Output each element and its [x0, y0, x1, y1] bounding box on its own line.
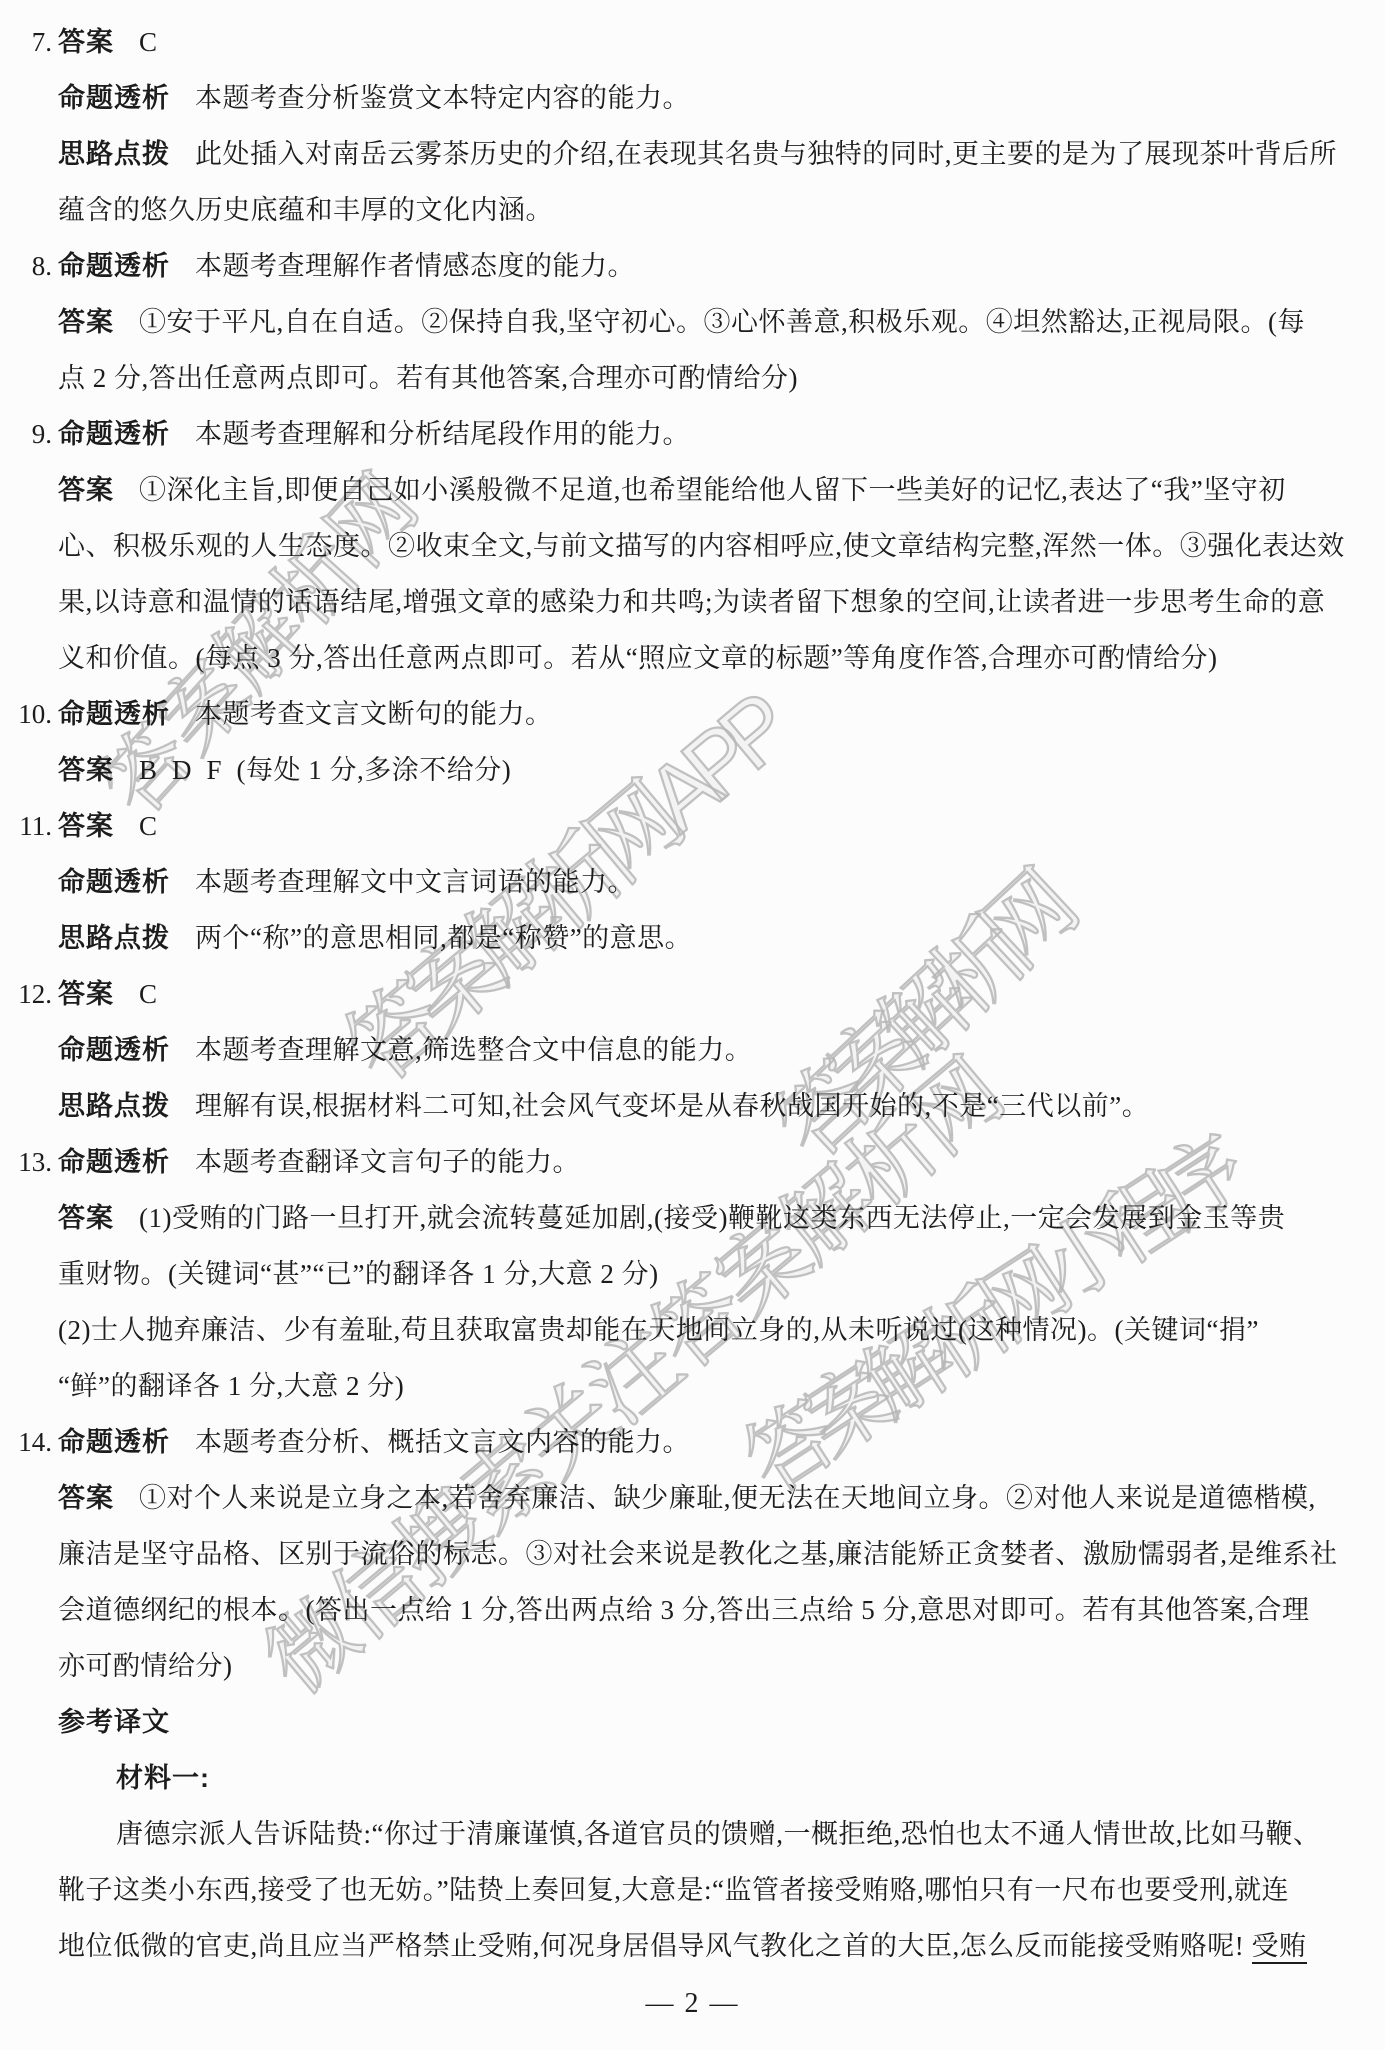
doc-line: 8.命题透析本题考查理解作者情感态度的能力。	[0, 238, 1385, 294]
paragraph-label: 命题透析	[58, 1147, 170, 1177]
doc-line: 10.命题透析本题考查文言文断句的能力。	[0, 686, 1385, 742]
doc-text: ①安于平凡,自在自适。②保持自我,坚守初心。③心怀善意,积极乐观。④坦然豁达,正…	[139, 307, 1305, 337]
doc-text: C	[139, 27, 158, 57]
doc-text: 本题考查分析、概括文言文内容的能力。	[195, 1427, 690, 1457]
doc-line: 答案①对个人来说是立身之本,若舍弃廉洁、缺少廉耻,便无法在天地间立身。②对他人来…	[0, 1470, 1385, 1526]
doc-line: 地位低微的官吏,尚且应当严格禁止受贿,何况身居倡导风气教化之首的大臣,怎么反而能…	[0, 1918, 1385, 1974]
doc-line: 答案①安于平凡,自在自适。②保持自我,坚守初心。③心怀善意,积极乐观。④坦然豁达…	[0, 294, 1385, 350]
doc-line: 命题透析本题考查理解文意,筛选整合文中信息的能力。	[0, 1022, 1385, 1078]
doc-line: 答案①深化主旨,即便自己如小溪般微不足道,也希望能给他人留下一些美好的记忆,表达…	[0, 462, 1385, 518]
doc-text: C	[139, 811, 158, 841]
doc-line: 重财物。(关键词“甚”“已”的翻译各 1 分,大意 2 分)	[0, 1246, 1385, 1302]
paragraph-label: 思路点拨	[58, 923, 170, 953]
doc-line: 靴子这类小东西,接受了也无妨。”陆贽上奏回复,大意是:“监管者接受贿赂,哪怕只有…	[0, 1862, 1385, 1918]
paragraph-label: 命题透析	[58, 699, 170, 729]
doc-text: 点 2 分,答出任意两点即可。若有其他答案,合理亦可酌情给分)	[58, 363, 798, 393]
doc-line: 心、积极乐观的人生态度。②收束全文,与前文描写的内容相呼应,使文章结构完整,浑然…	[0, 518, 1385, 574]
paragraph-label: 命题透析	[58, 83, 170, 113]
doc-text: 廉洁是坚守品格、区别于流俗的标志。③对社会来说是教化之基,廉洁能矫正贪婪者、激励…	[58, 1539, 1338, 1569]
document-body: 7.答案C命题透析本题考查分析鉴赏文本特定内容的能力。思路点拨此处插入对南岳云雾…	[0, 14, 1385, 1974]
doc-text: 会道德纲纪的根本。(答出一点给 1 分,答出两点给 3 分,答出三点给 5 分,…	[58, 1595, 1310, 1625]
item-number: 12.	[0, 966, 52, 1022]
paragraph-label: 答案	[58, 979, 114, 1009]
doc-text: ①对个人来说是立身之本,若舍弃廉洁、缺少廉耻,便无法在天地间立身。②对他人来说是…	[139, 1483, 1316, 1513]
doc-text: 本题考查理解作者情感态度的能力。	[195, 251, 635, 281]
doc-text: 心、积极乐观的人生态度。②收束全文,与前文描写的内容相呼应,使文章结构完整,浑然…	[58, 531, 1345, 561]
doc-line: 义和价值。(每点 3 分,答出任意两点即可。若从“照应文章的标题”等角度作答,合…	[0, 630, 1385, 686]
doc-line: 11.答案C	[0, 798, 1385, 854]
paragraph-label: 命题透析	[58, 251, 170, 281]
doc-line: 参考译文	[0, 1694, 1385, 1750]
doc-text: 本题考查理解文意,筛选整合文中信息的能力。	[195, 1035, 752, 1065]
doc-text: 唐德宗派人告诉陆贽:“你过于清廉谨慎,各道官员的馈赠,一概拒绝,恐怕也太不通人情…	[116, 1819, 1320, 1849]
doc-line: 9.命题透析本题考查理解和分析结尾段作用的能力。	[0, 406, 1385, 462]
paragraph-label: 答案	[58, 1483, 114, 1513]
paragraph-label: 思路点拨	[58, 139, 170, 169]
paragraph-label: 思路点拨	[58, 1091, 170, 1121]
paragraph-label: 答案	[58, 475, 114, 505]
doc-line: “鲜”的翻译各 1 分,大意 2 分)	[0, 1358, 1385, 1414]
doc-line: 廉洁是坚守品格、区别于流俗的标志。③对社会来说是教化之基,廉洁能矫正贪婪者、激励…	[0, 1526, 1385, 1582]
doc-line: 14.命题透析本题考查分析、概括文言文内容的能力。	[0, 1414, 1385, 1470]
paragraph-label: 答案	[58, 811, 114, 841]
paragraph-label: 材料一:	[116, 1763, 210, 1793]
doc-line: 答案(1)受贿的门路一旦打开,就会流转蔓延加剧,(接受)鞭靴这类东西无法停止,一…	[0, 1190, 1385, 1246]
item-number: 11.	[0, 798, 52, 854]
doc-line: 13.命题透析本题考查翻译文言句子的能力。	[0, 1134, 1385, 1190]
doc-text: “鲜”的翻译各 1 分,大意 2 分)	[58, 1371, 404, 1401]
underlined-text: 受贿	[1252, 1931, 1307, 1964]
doc-line: 思路点拨两个“称”的意思相同,都是“称赞”的意思。	[0, 910, 1385, 966]
doc-line: 思路点拨理解有误,根据材料二可知,社会风气变坏是从春秋战国开始的,不是“三代以前…	[0, 1078, 1385, 1134]
doc-line: 12.答案C	[0, 966, 1385, 1022]
doc-text: 本题考查文言文断句的能力。	[195, 699, 553, 729]
doc-text: 蕴含的悠久历史底蕴和丰厚的文化内涵。	[58, 195, 553, 225]
item-number: 13.	[0, 1134, 52, 1190]
doc-text: 地位低微的官吏,尚且应当严格禁止受贿,何况身居倡导风气教化之首的大臣,怎么反而能…	[58, 1931, 1252, 1961]
doc-text: 亦可酌情给分)	[58, 1651, 233, 1681]
item-number: 9.	[0, 406, 52, 462]
doc-line: 果,以诗意和温情的话语结尾,增强文章的感染力和共鸣;为读者留下想象的空间,让读者…	[0, 574, 1385, 630]
doc-text: 理解有误,根据材料二可知,社会风气变坏是从春秋战国开始的,不是“三代以前”。	[195, 1091, 1149, 1121]
doc-text: 果,以诗意和温情的话语结尾,增强文章的感染力和共鸣;为读者留下想象的空间,让读者…	[58, 587, 1325, 617]
doc-line: (2)士人抛弃廉洁、少有羞耻,苟且获取富贵却能在天地间立身的,从未听说过(这种情…	[0, 1302, 1385, 1358]
doc-line: 材料一:	[0, 1750, 1385, 1806]
doc-text: C	[139, 979, 158, 1009]
item-number: 10.	[0, 686, 52, 742]
doc-text: 此处插入对南岳云雾茶历史的介绍,在表现其名贵与独特的同时,更主要的是为了展现茶叶…	[195, 139, 1337, 169]
doc-text: 本题考查分析鉴赏文本特定内容的能力。	[195, 83, 690, 113]
paragraph-label: 命题透析	[58, 419, 170, 449]
paragraph-label: 参考译文	[58, 1707, 170, 1737]
paragraph-label: 命题透析	[58, 1427, 170, 1457]
doc-line: 蕴含的悠久历史底蕴和丰厚的文化内涵。	[0, 182, 1385, 238]
paragraph-label: 答案	[58, 307, 114, 337]
doc-line: 思路点拨此处插入对南岳云雾茶历史的介绍,在表现其名贵与独特的同时,更主要的是为了…	[0, 126, 1385, 182]
doc-text: (1)受贿的门路一旦打开,就会流转蔓延加剧,(接受)鞭靴这类东西无法停止,一定会…	[139, 1203, 1285, 1233]
doc-line: 命题透析本题考查理解文中文言词语的能力。	[0, 854, 1385, 910]
answer-sheet-page: 答案解析网答案解析网APP答案解析网微信搜索关注答案解析网答案解析网小程序 7.…	[0, 0, 1385, 2050]
paragraph-label: 答案	[58, 1203, 114, 1233]
doc-text: 本题考查理解和分析结尾段作用的能力。	[195, 419, 690, 449]
doc-line: 唐德宗派人告诉陆贽:“你过于清廉谨慎,各道官员的馈赠,一概拒绝,恐怕也太不通人情…	[0, 1806, 1385, 1862]
page-number: — 2 —	[0, 1976, 1385, 2032]
doc-line: 点 2 分,答出任意两点即可。若有其他答案,合理亦可酌情给分)	[0, 350, 1385, 406]
item-number: 8.	[0, 238, 52, 294]
doc-line: 命题透析本题考查分析鉴赏文本特定内容的能力。	[0, 70, 1385, 126]
doc-line: 亦可酌情给分)	[0, 1638, 1385, 1694]
paragraph-label: 答案	[58, 27, 114, 57]
doc-text: 本题考查翻译文言句子的能力。	[195, 1147, 580, 1177]
doc-text: 本题考查理解文中文言词语的能力。	[195, 867, 635, 897]
doc-text: 两个“称”的意思相同,都是“称赞”的意思。	[195, 923, 692, 953]
paragraph-label: 答案	[58, 755, 114, 785]
item-number: 7.	[0, 14, 52, 70]
doc-text: (2)士人抛弃廉洁、少有羞耻,苟且获取富贵却能在天地间立身的,从未听说过(这种情…	[58, 1315, 1259, 1345]
doc-line: 答案B D F (每处 1 分,多涂不给分)	[0, 742, 1385, 798]
paragraph-label: 命题透析	[58, 867, 170, 897]
doc-text: ①深化主旨,即便自己如小溪般微不足道,也希望能给他人留下一些美好的记忆,表达了“…	[139, 475, 1286, 505]
doc-text: 重财物。(关键词“甚”“已”的翻译各 1 分,大意 2 分)	[58, 1259, 659, 1289]
item-number: 14.	[0, 1414, 52, 1470]
doc-line: 会道德纲纪的根本。(答出一点给 1 分,答出两点给 3 分,答出三点给 5 分,…	[0, 1582, 1385, 1638]
doc-text: B D F (每处 1 分,多涂不给分)	[139, 755, 511, 785]
paragraph-label: 命题透析	[58, 1035, 170, 1065]
doc-text: 义和价值。(每点 3 分,答出任意两点即可。若从“照应文章的标题”等角度作答,合…	[58, 643, 1217, 673]
doc-text: 靴子这类小东西,接受了也无妨。”陆贽上奏回复,大意是:“监管者接受贿赂,哪怕只有…	[58, 1875, 1289, 1905]
doc-line: 7.答案C	[0, 14, 1385, 70]
